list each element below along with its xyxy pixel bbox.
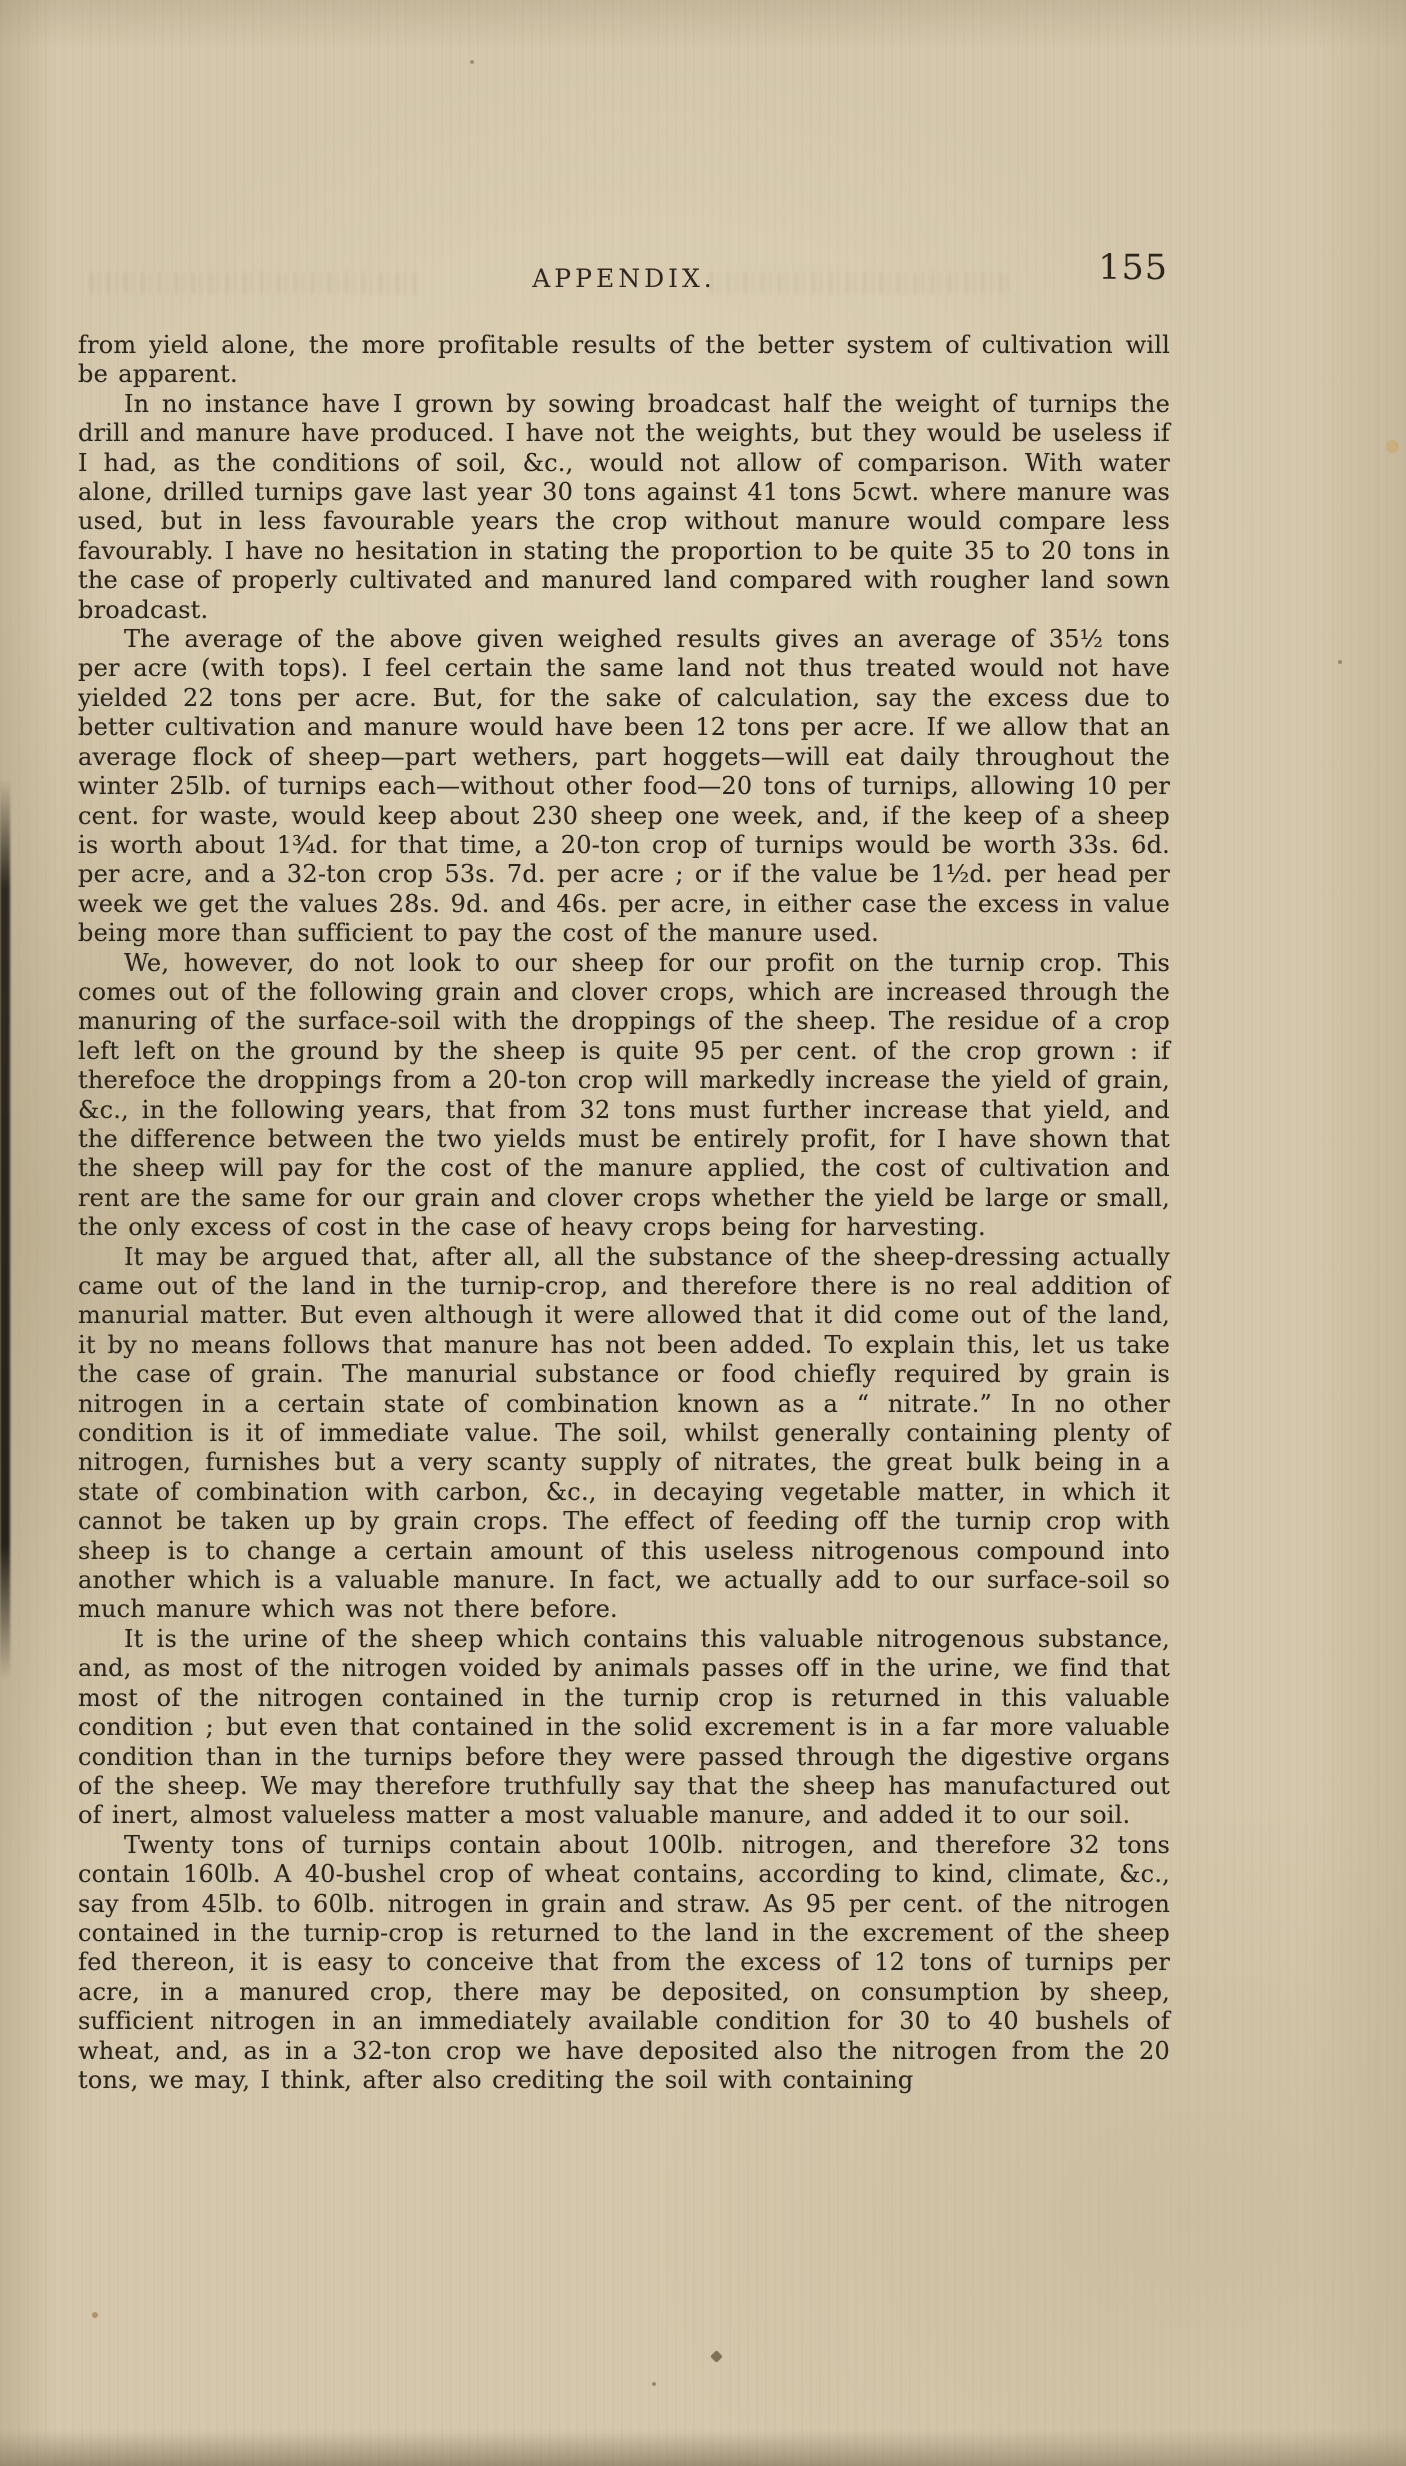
paragraph: from yield alone, the more profitable re… bbox=[78, 331, 1170, 390]
paragraph: It may be argued that, after all, all th… bbox=[78, 1243, 1170, 1625]
paragraph: Twenty tons of turnips contain about 100… bbox=[78, 1831, 1170, 2096]
page-header: APPENDIX. 155 bbox=[78, 248, 1170, 300]
paragraph: It is the urine of the sheep which conta… bbox=[78, 1625, 1170, 1831]
page-number: 155 bbox=[1098, 248, 1168, 288]
foxing-spot bbox=[470, 60, 474, 64]
paragraph: In no instance have I grown by sowing br… bbox=[78, 390, 1170, 625]
foxing-spot bbox=[710, 2350, 723, 2363]
paragraph: The average of the above given weighed r… bbox=[78, 625, 1170, 948]
foxing-spot bbox=[652, 2382, 656, 2386]
scanned-book-page: APPENDIX. 155 from yield alone, the more… bbox=[0, 0, 1406, 2466]
page-gutter-shadow bbox=[0, 780, 10, 1680]
foxing-spot bbox=[92, 2312, 98, 2318]
foxing-spot bbox=[1338, 660, 1342, 664]
running-head: APPENDIX. bbox=[78, 264, 1170, 293]
foxing-spot bbox=[1386, 440, 1399, 453]
body-text-block: from yield alone, the more profitable re… bbox=[78, 331, 1170, 2095]
paragraph: We, however, do not look to our sheep fo… bbox=[78, 949, 1170, 1243]
